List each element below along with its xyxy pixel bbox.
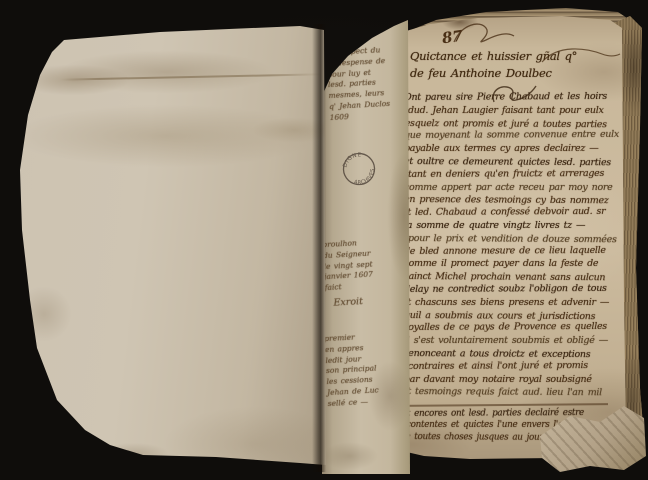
manuscript-line: somme il promect payer dans la feste de xyxy=(404,258,616,271)
svg-text:ARCHIVES: ARCHIVES xyxy=(351,165,380,191)
manuscript-photo: 87 Quictance et huissier gñal q°de feu A… xyxy=(0,0,648,480)
marginal-note-line: Exroit xyxy=(333,295,405,310)
manuscript-line: contraires et ainsi l'ont juré et promis xyxy=(408,360,616,374)
gutter-shadow xyxy=(312,24,326,472)
ink-flourish xyxy=(540,46,622,68)
manuscript-line: royalles de ce pays de Provence es quell… xyxy=(404,321,616,335)
manuscript-line: de bled annone mesure de ce lieu laquell… xyxy=(404,244,616,258)
manuscript-line: il s'est voluntairement soubmis et oblig… xyxy=(404,335,616,348)
manuscript-line: et chascuns ses biens presens et advenir… xyxy=(402,297,616,310)
right-manuscript-page: 87 Quictance et huissier gñal q°de feu A… xyxy=(394,12,626,462)
ink-rule xyxy=(400,403,608,406)
act-body: Ont pareu sire Pierre Chabaud et les hoi… xyxy=(404,92,616,399)
ink-flourish xyxy=(488,82,538,108)
manuscript-line: que moyenant la somme convenue entre eul… xyxy=(404,129,616,143)
manuscript-line: et led. Chabaud a confessé debvoir aud. … xyxy=(402,206,616,220)
archive-round-stamp: DIGNE ARCHIVES xyxy=(327,137,391,201)
ink-flourish xyxy=(452,20,516,50)
marginal-note-bottom: premieren appresledit jourson principall… xyxy=(324,330,408,410)
manuscript-line: par davant moy notaire royal soubsigné xyxy=(404,374,616,387)
stamp-text-bottom: ARCHIVES xyxy=(351,165,380,191)
manuscript-line: comme appert par acte receu par moy nore xyxy=(404,182,616,195)
manuscript-line: payable aux termes cy apres declairez — xyxy=(404,143,616,156)
manuscript-line: tant en deniers qu'en fruictz et arrerag… xyxy=(408,168,616,182)
manuscript-line: delay ne contredict soubz l'obligon de t… xyxy=(404,283,616,297)
left-margin-strip: au respect dula despense depour luy etle… xyxy=(320,16,410,476)
left-blank-page xyxy=(16,24,328,474)
marginal-note-top: au respect dula despense depour luy etle… xyxy=(326,44,410,124)
marginal-note-middle: broulhondu Seigneurle vingt septjanvier … xyxy=(322,236,406,310)
page-crease xyxy=(60,73,322,80)
manuscript-line: et tesmoings requis faict aud. lieu l'an… xyxy=(402,386,616,400)
manuscript-line: la somme de quatre vingtz livres tz — xyxy=(404,220,616,233)
